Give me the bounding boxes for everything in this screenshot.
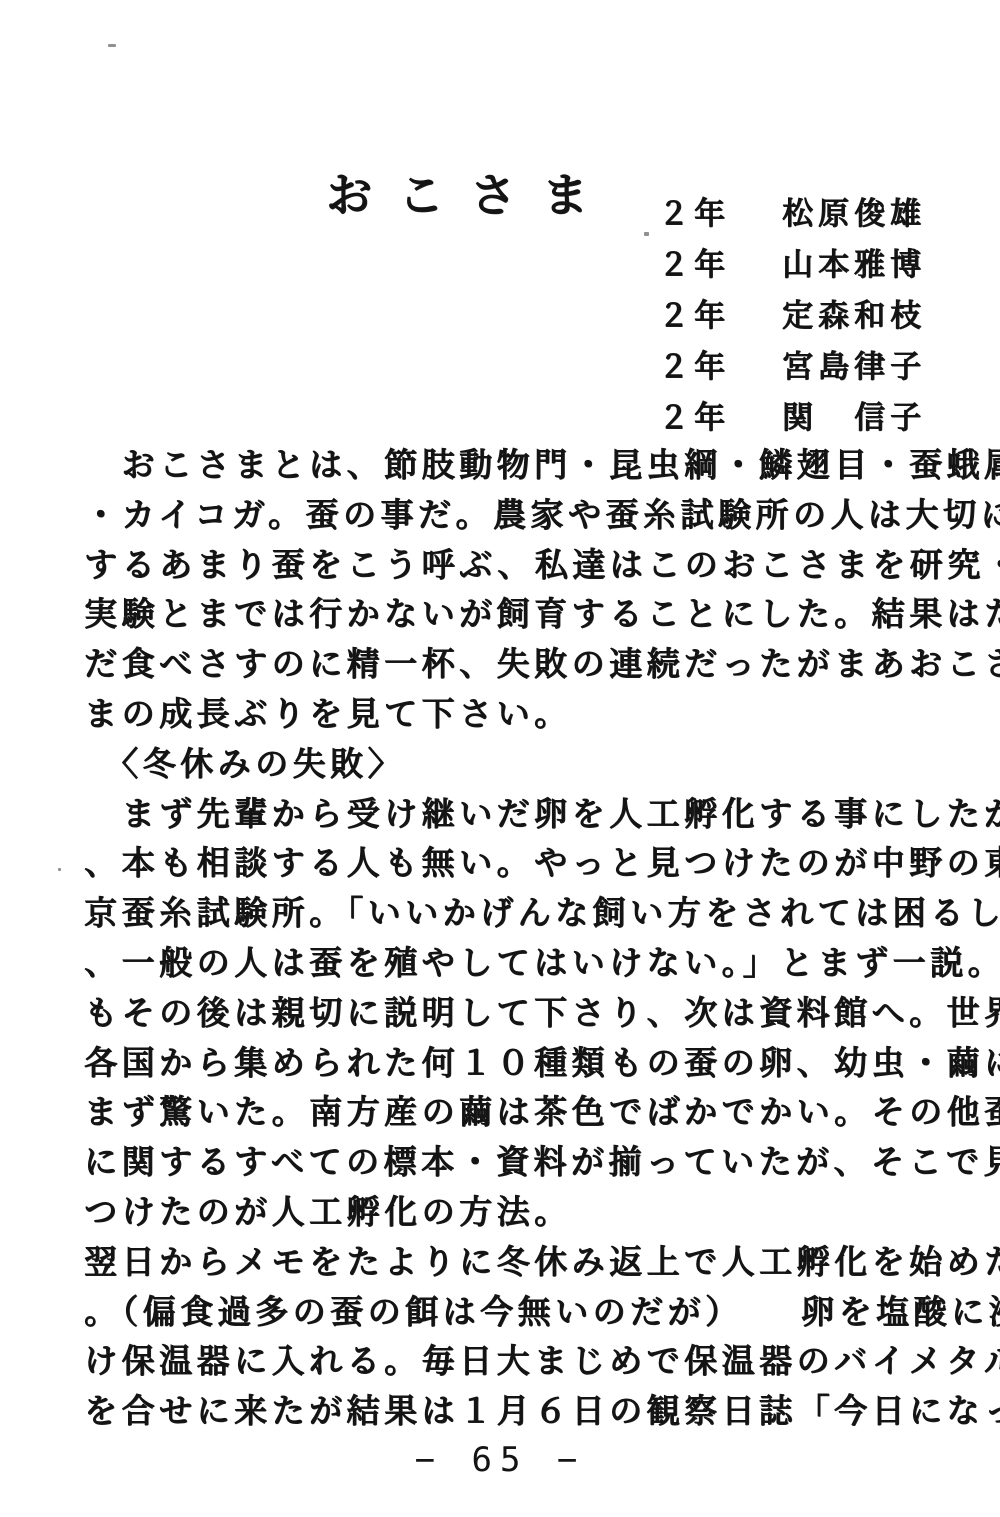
body-line: ・カイコガ。蚕の事だ。農家や蚕糸試験所の人は大切に — [84, 490, 940, 540]
body-line: 京蚕糸試験所。「いいかげんな飼い方をされては困るし — [84, 888, 940, 938]
author-grade: ２年 — [658, 290, 746, 335]
body-line: 各国から集められた何１０種類もの蚕の卵、幼虫・繭に — [84, 1038, 940, 1088]
author-grade: ２年 — [658, 392, 746, 437]
author-name: 宮島律子 — [782, 341, 926, 386]
body-line: つけたのが人工孵化の方法。 — [84, 1187, 940, 1237]
scanned-document-page: おこさま ２年 松原俊雄 ２年 山本雅博 ２年 定森和枝 ２年 宮島律子 ２年 … — [0, 0, 1000, 1517]
author-row: ２年 松原俊雄 — [658, 188, 926, 239]
author-grade: ２年 — [658, 239, 746, 284]
author-row: ２年 宮島律子 — [658, 341, 926, 392]
body-line: け保温器に入れる。毎日大まじめで保温器のバイメタル — [84, 1336, 940, 1386]
body-line: 翌日からメモをたよりに冬休み返上で人工孵化を始めた — [84, 1237, 940, 1287]
author-grade: ２年 — [658, 341, 746, 386]
page-number: − 65 − — [0, 1440, 1000, 1480]
scan-speck — [644, 232, 649, 236]
body-line: に関するすべての標本・資料が揃っていたが、そこで見 — [84, 1137, 940, 1187]
body-line: まの成長ぶりを見て下さい。 — [84, 689, 940, 739]
body-line: もその後は親切に説明して下さり、次は資料館へ。世界 — [84, 988, 940, 1038]
author-name: 松原俊雄 — [782, 188, 926, 233]
author-row: ２年 関 信子 — [658, 392, 926, 443]
body-line: まず先輩から受け継いだ卵を人工孵化する事にしたが — [84, 789, 940, 839]
author-grade: ２年 — [658, 188, 746, 233]
author-row: ２年 定森和枝 — [658, 290, 926, 341]
body-line: だ食べさすのに精一杯、失敗の連続だったがまあおこさ — [84, 639, 940, 689]
body-line: まず驚いた。南方産の繭は茶色でばかでかい。その他蚕 — [84, 1087, 940, 1137]
author-name: 定森和枝 — [782, 290, 926, 335]
body-line: 。（偏食過多の蚕の餌は今無いのだが） 卵を塩酸に浸 — [84, 1287, 940, 1337]
body-text: おこさまとは、節肢動物門・昆虫綱・鱗翅目・蚕蛾属 ・カイコガ。蚕の事だ。農家や蚕… — [84, 440, 940, 1436]
body-line: を合せに来たが結果は１月６日の観察日誌「今日になっ — [84, 1386, 940, 1436]
body-line: 実験とまでは行かないが飼育することにした。結果はた — [84, 589, 940, 639]
body-line: 、本も相談する人も無い。やっと見つけたのが中野の東 — [84, 838, 940, 888]
body-line: おこさまとは、節肢動物門・昆虫綱・鱗翅目・蚕蛾属 — [84, 440, 940, 490]
scan-speck — [108, 44, 116, 47]
section-heading: 〈冬休みの失敗〉 — [84, 739, 940, 789]
body-line: 、一般の人は蚕を殖やしてはいけない。」とまず一説。で — [84, 938, 940, 988]
body-line: するあまり蚕をこう呼ぶ、私達はこのおこさまを研究・ — [84, 540, 940, 590]
author-name: 山本雅博 — [782, 239, 926, 284]
author-list: ２年 松原俊雄 ２年 山本雅博 ２年 定森和枝 ２年 宮島律子 ２年 関 信子 — [658, 188, 926, 443]
author-name: 関 信子 — [782, 392, 926, 437]
scan-speck — [58, 868, 61, 871]
author-row: ２年 山本雅博 — [658, 239, 926, 290]
document-title: おこさま — [326, 159, 614, 225]
